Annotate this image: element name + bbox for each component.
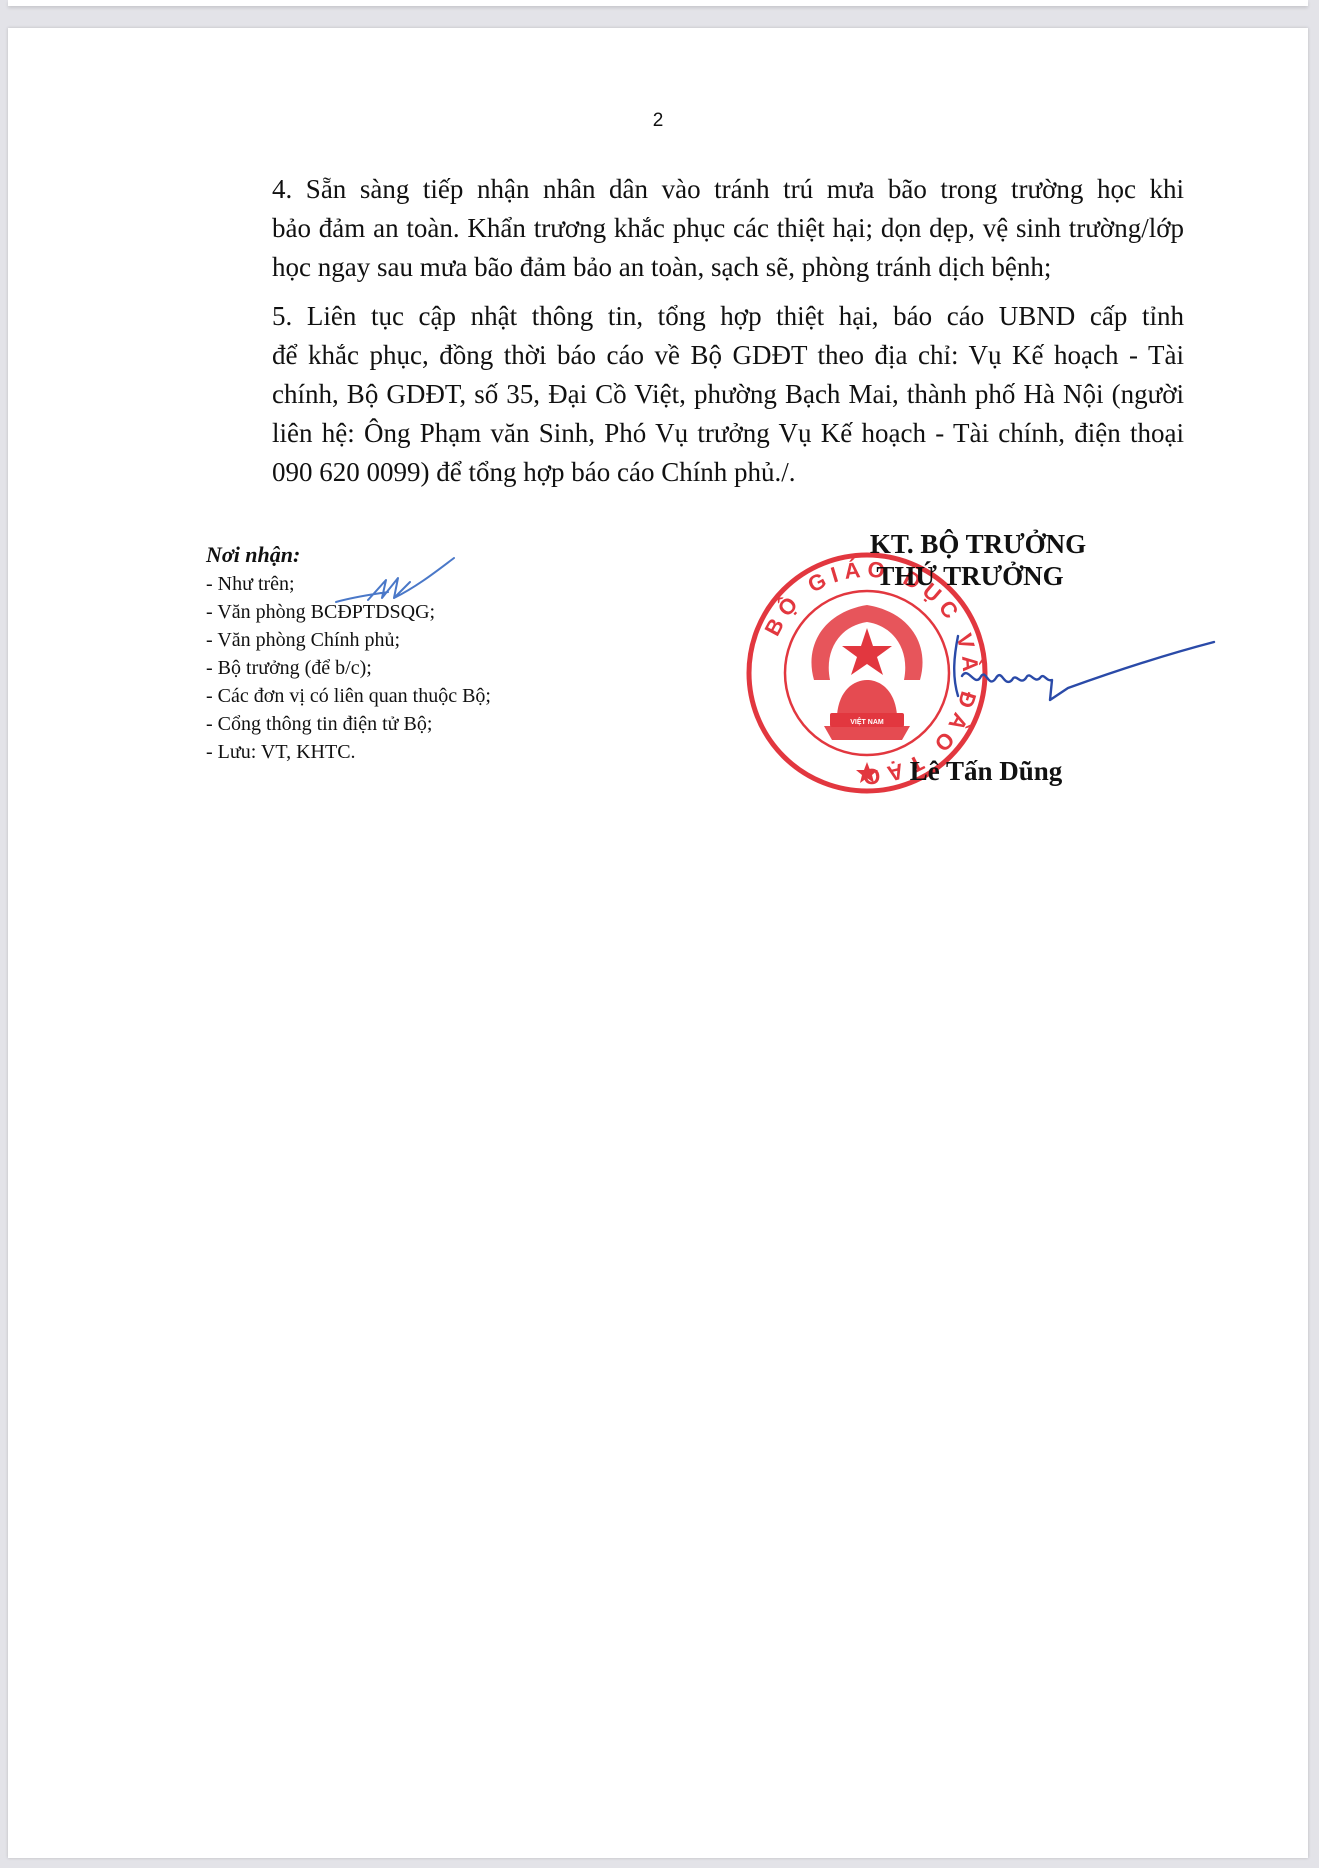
svg-text:VIỆT NAM: VIỆT NAM [850, 717, 884, 726]
paragraph-line: chính, Bộ GDĐT, số 35, Đại Cồ Việt, phườ… [194, 375, 1184, 414]
initial-signature-icon [328, 552, 458, 612]
previous-page-edge [8, 0, 1308, 6]
paragraph-line: bảo đảm an toàn. Khẩn trương khắc phục c… [194, 209, 1184, 248]
page-number: 2 [8, 110, 1308, 132]
recipient-item: Lưu: VT, KHTC. [206, 738, 491, 766]
paragraph-line: liên hệ: Ông Phạm văn Sinh, Phó Vụ trưởn… [194, 414, 1184, 453]
paragraph-item-5: 5. Liên tục cập nhật thông tin, tổng hợp… [194, 297, 1184, 492]
recipient-item: Văn phòng Chính phủ; [206, 626, 491, 654]
paragraph-line: 090 620 0099) để tổng hợp báo cáo Chính … [194, 453, 1184, 492]
recipient-item: Các đơn vị có liên quan thuộc Bộ; [206, 682, 491, 710]
paragraph-line: 5. Liên tục cập nhật thông tin, tổng hợp… [194, 297, 1184, 336]
document-page: 2 4. Sẵn sàng tiếp nhận nhân dân vào trá… [8, 28, 1308, 1858]
signature-block: KT. BỘ TRƯỞNG THỨ TRƯỞNG BỘ GIÁO DỤC VÀ … [708, 498, 1248, 818]
document-body: 4. Sẵn sàng tiếp nhận nhân dân vào tránh… [194, 170, 1184, 502]
handwritten-signature-icon [918, 616, 1218, 726]
paragraph-line: để khắc phục, đồng thời báo cáo về Bộ GD… [194, 336, 1184, 375]
paragraph-line: 4. Sẵn sàng tiếp nhận nhân dân vào tránh… [194, 170, 1184, 209]
recipient-item: Cổng thông tin điện tử Bộ; [206, 710, 491, 738]
paragraph-line: học ngay sau mưa bão đảm bảo an toàn, sạ… [194, 248, 1184, 287]
paragraph-item-4: 4. Sẵn sàng tiếp nhận nhân dân vào tránh… [194, 170, 1184, 287]
signatory-name: Lê Tấn Dũng [708, 756, 1256, 787]
recipient-item: Bộ trưởng (để b/c); [206, 654, 491, 682]
